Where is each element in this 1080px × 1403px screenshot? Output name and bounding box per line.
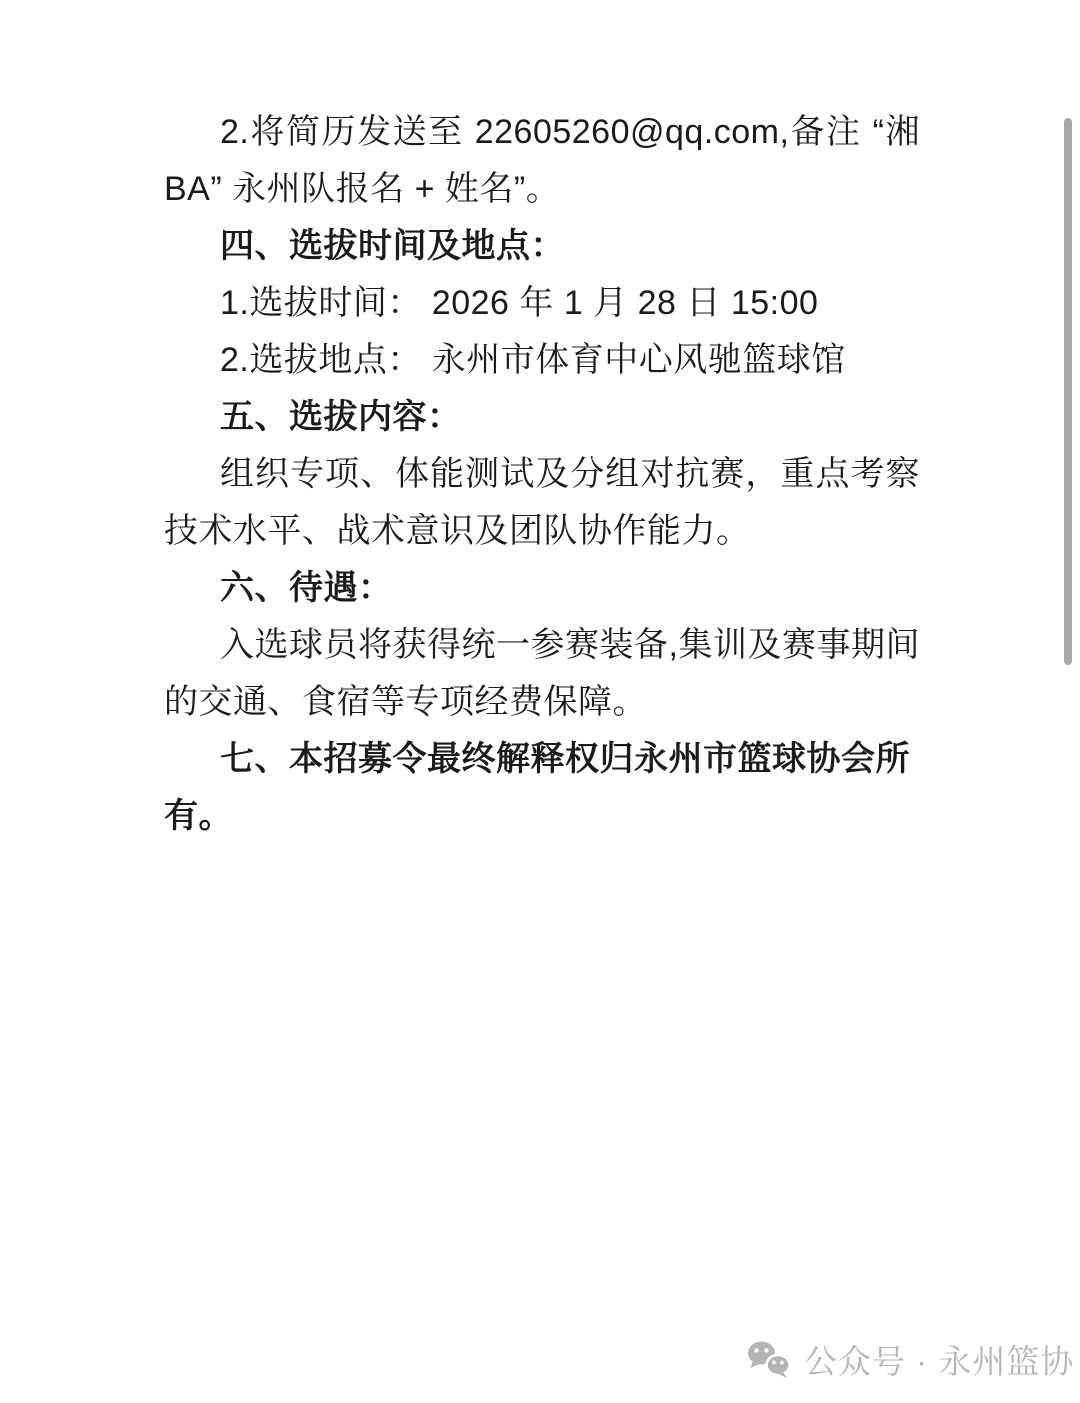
scrollbar-track [1062,0,1074,1403]
watermark: 公众号 · 永州篮协 [746,1336,1074,1383]
document-body: 2.将简历发送至 22605260@qq.com,备注 “湘 BA” 永州队报名… [164,104,920,845]
paragraph-resume-email: 2.将简历发送至 22605260@qq.com,备注 “湘 BA” 永州队报名… [164,104,920,218]
paragraph-selection-time: 1.选拔时间： 2026 年 1 月 28 日 15:00 [164,275,920,332]
heading-treatment: 六、待遇： [164,560,920,617]
paragraph-selection-content: 组织专项、体能测试及分组对抗赛，重点考察技术水平、战术意识及团队协作能力。 [164,446,920,560]
scrollbar-thumb[interactable] [1064,118,1072,665]
heading-final-interpretation: 七、本招募令最终解释权归永州市篮球协会所有。 [164,731,920,845]
paragraph-selection-place: 2.选拔地点： 永州市体育中心风驰篮球馆 [164,332,920,389]
paragraph-treatment: 入选球员将获得统一参赛装备,集训及赛事期间的交通、食宿等专项经费保障。 [164,617,920,731]
watermark-text: 公众号 · 永州篮协 [804,1336,1074,1383]
wechat-icon [746,1340,792,1380]
heading-selection-time-place: 四、选拔时间及地点： [164,218,920,275]
heading-selection-content: 五、选拔内容： [164,389,920,446]
